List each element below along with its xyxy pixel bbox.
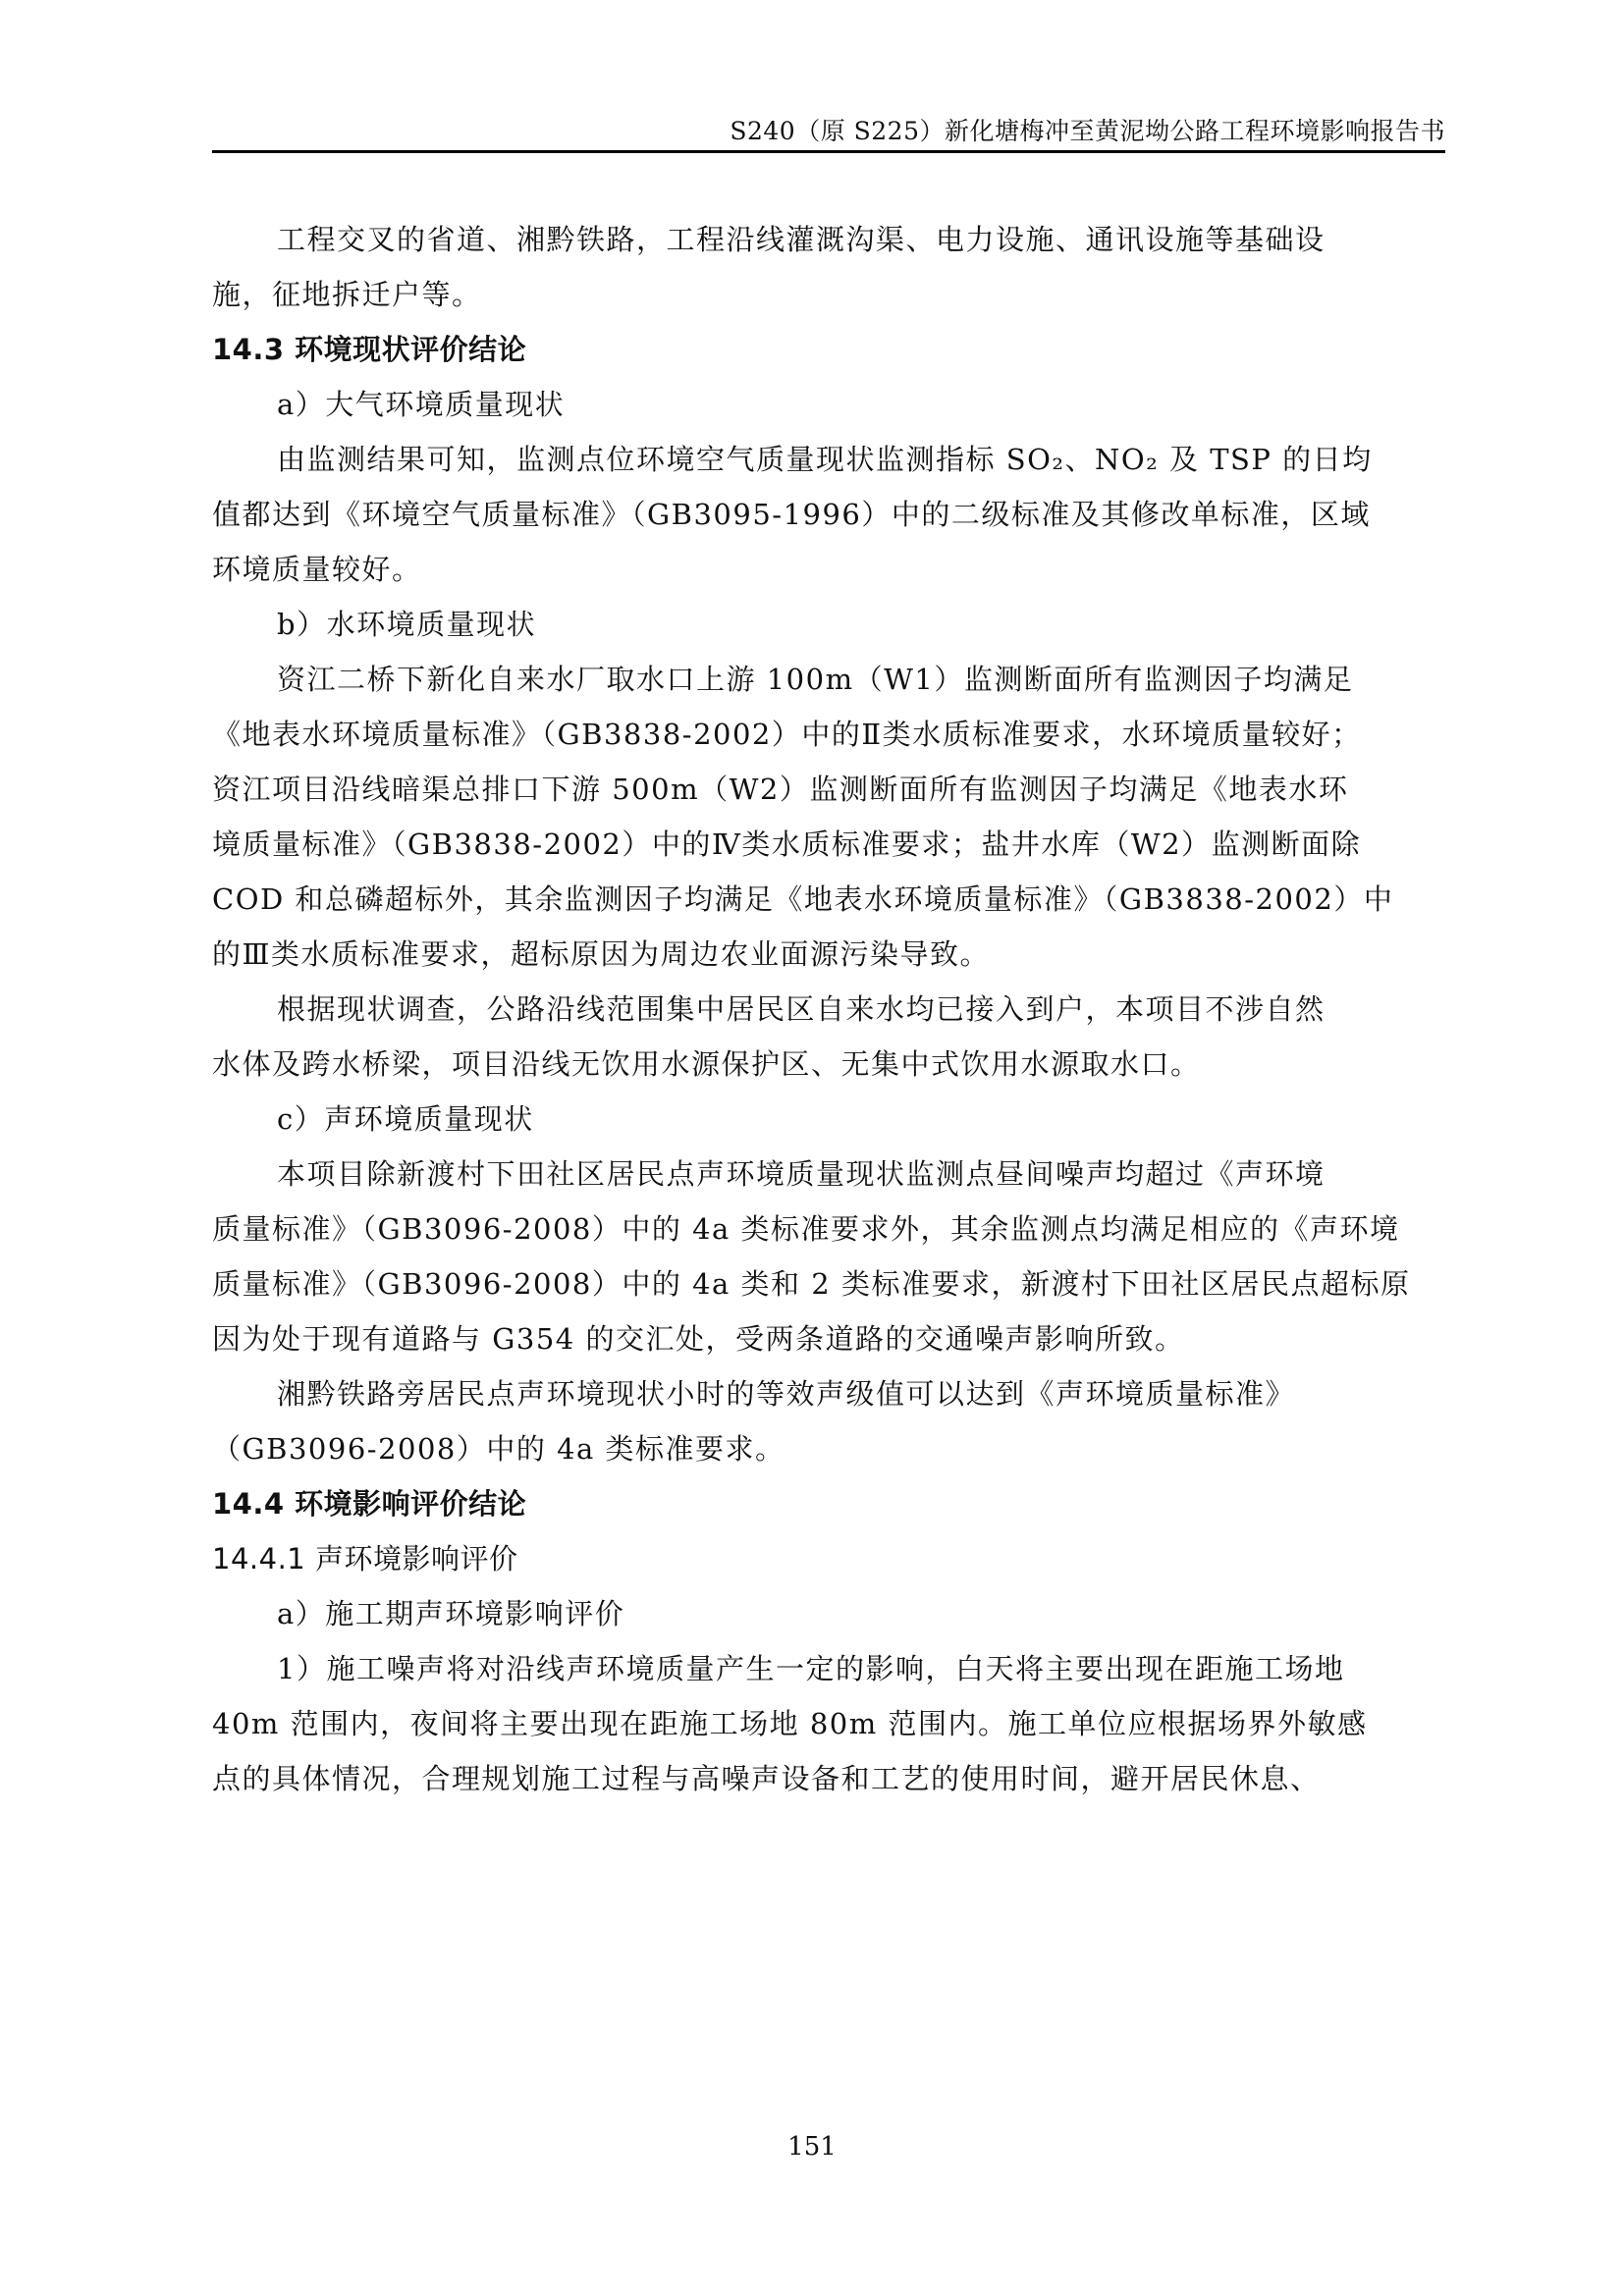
paragraph-line: 环境质量较好。 (212, 542, 1445, 597)
paragraph-line: 资江二桥下新化自来水厂取水口上游 100m（W1）监测断面所有监测因子均满足 (212, 652, 1445, 707)
paragraph-line: 水体及跨水桥梁，项目沿线无饮用水源保护区、无集中式饮用水源取水口。 (212, 1037, 1445, 1092)
paragraph-line: 的Ⅲ类水质标准要求，超标原因为周边农业面源污染导致。 (212, 927, 1445, 982)
section-heading-14-4: 14.4 环境影响评价结论 (212, 1476, 1445, 1531)
paragraph-line: 资江项目沿线暗渠总排口下游 500m（W2）监测断面所有监测因子均满足《地表水环 (212, 762, 1445, 817)
paragraph-line: 40m 范围内，夜间将主要出现在距施工场地 80m 范围内。施工单位应根据场界外… (212, 1696, 1445, 1751)
paragraph-line: 质量标准》（GB3096-2008）中的 4a 类和 2 类标准要求，新渡村下田… (212, 1256, 1445, 1311)
paragraph-line: 质量标准》（GB3096-2008）中的 4a 类标准要求外，其余监测点均满足相… (212, 1201, 1445, 1256)
paragraph-line: 《地表水环境质量标准》（GB3838-2002）中的Ⅱ类水质标准要求，水环境质量… (212, 707, 1445, 762)
paragraph-line: 湘黔铁路旁居民点声环境现状小时的等效声级值可以达到《声环境质量标准》 (212, 1366, 1445, 1421)
report-title: S240（原 S225）新化塘梅冲至黄泥坳公路工程环境影响报告书 (730, 112, 1445, 147)
document-body: 工程交叉的省道、湘黔铁路，工程沿线灌溉沟渠、电力设施、通讯设施等基础设 施，征地… (212, 212, 1445, 1806)
header-rule (212, 150, 1445, 153)
subheading-acoustic-quality: c）声环境质量现状 (212, 1092, 1445, 1147)
subheading-construction-noise: a）施工期声环境影响评价 (212, 1586, 1445, 1641)
paragraph-line: 值都达到《环境空气质量标准》（GB3095-1996）中的二级标准及其修改单标准… (212, 487, 1445, 542)
paragraph-line: 1）施工噪声将对沿线声环境质量产生一定的影响，白天将主要出现在距施工场地 (212, 1641, 1445, 1696)
paragraph-line: 因为处于现有道路与 G354 的交汇处，受两条道路的交通噪声影响所致。 (212, 1311, 1445, 1366)
paragraph-line: 境质量标准》（GB3838-2002）中的Ⅳ类水质标准要求；盐井水库（W2）监测… (212, 817, 1445, 872)
subheading-water-quality: b）水环境质量现状 (212, 597, 1445, 652)
paragraph-line: （GB3096-2008）中的 4a 类标准要求。 (212, 1421, 1445, 1476)
paragraph-line: COD 和总磷超标外，其余监测因子均满足《地表水环境质量标准》（GB3838-2… (212, 872, 1445, 927)
paragraph-line: 工程交叉的省道、湘黔铁路，工程沿线灌溉沟渠、电力设施、通讯设施等基础设 (212, 212, 1445, 267)
paragraph-line: 根据现状调查，公路沿线范围集中居民区自来水均已接入到户，本项目不涉自然 (212, 982, 1445, 1037)
paragraph-line: 点的具体情况，合理规划施工过程与高噪声设备和工艺的使用时间，避开居民休息、 (212, 1751, 1445, 1806)
subheading-air-quality: a）大气环境质量现状 (212, 377, 1445, 432)
page-number: 151 (0, 2132, 1624, 2162)
paragraph-line: 施，征地拆迁户等。 (212, 267, 1445, 322)
section-heading-14-3: 14.3 环境现状评价结论 (212, 322, 1445, 377)
paragraph-line: 本项目除新渡村下田社区居民点声环境质量现状监测点昼间噪声均超过《声环境 (212, 1147, 1445, 1201)
page-header: S240（原 S225）新化塘梅冲至黄泥坳公路工程环境影响报告书 (212, 108, 1445, 153)
paragraph-line: 由监测结果可知，监测点位环境空气质量现状监测指标 SO₂、NO₂ 及 TSP 的… (212, 432, 1445, 487)
section-heading-14-4-1: 14.4.1 声环境影响评价 (212, 1531, 1445, 1586)
